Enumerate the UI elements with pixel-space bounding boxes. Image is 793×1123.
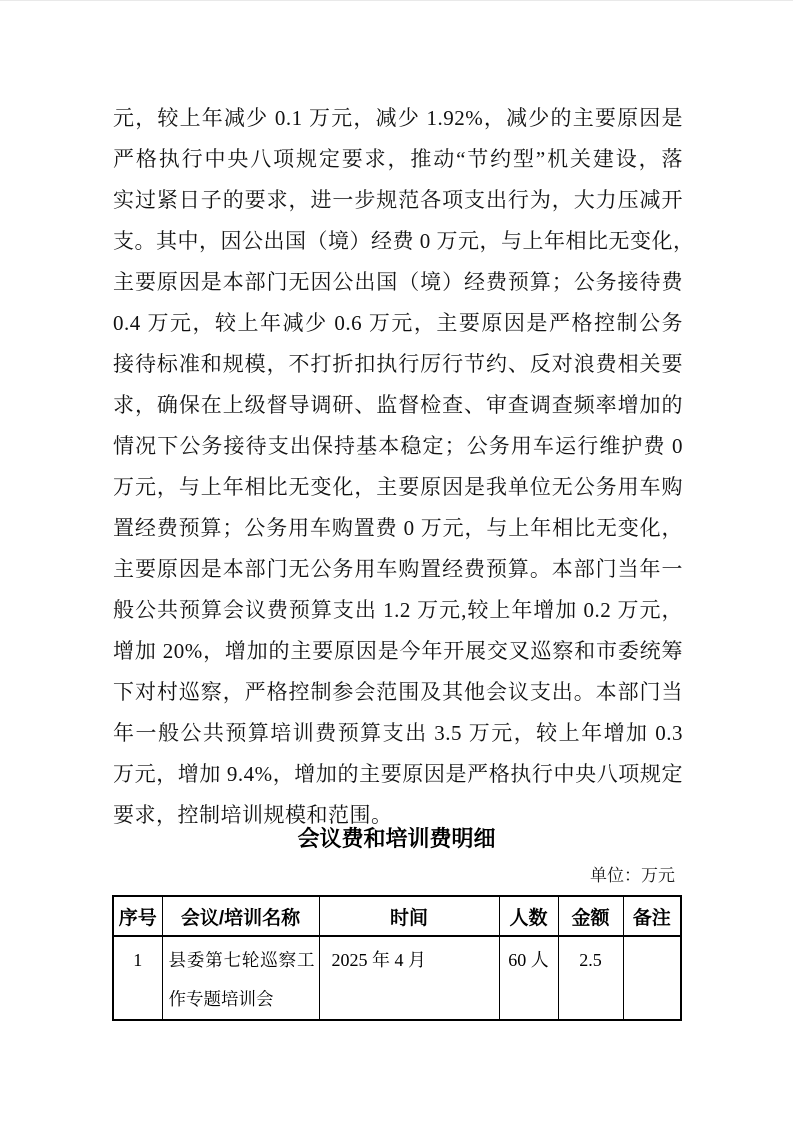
meeting-training-expense-table: 序号 会议/培训名称 时间 人数 金额 备注 1 县委第七轮巡察工作专题培训会 … (112, 895, 682, 1021)
paragraph-line: 年一般公共预算培训费预算支出 3.5 万元，较上年增加 0.3 (113, 713, 683, 754)
column-header-people: 人数 (499, 896, 558, 936)
paragraph-line: 接待标准和规模，不打折扣执行厉行节约、反对浪费相关要 (113, 344, 683, 385)
cell-index: 1 (113, 936, 162, 1020)
paragraph-line: 万元，与上年相比无变化，主要原因是我单位无公务用车购 (113, 467, 683, 508)
column-header-note: 备注 (623, 896, 681, 936)
document-page: 元，较上年减少 0.1 万元，减少 1.92%，减少的主要原因是 严格执行中央八… (0, 0, 793, 1123)
column-header-name: 会议/培训名称 (162, 896, 319, 936)
paragraph-line: 下对村巡察，严格控制参会范围及其他会议支出。本部门当 (113, 672, 683, 713)
column-header-index: 序号 (113, 896, 162, 936)
paragraph-line: 严格执行中央八项规定要求，推动“节约型”机关建设，落 (113, 139, 683, 180)
paragraph-line: 0.4 万元，较上年减少 0.6 万元，主要原因是严格控制公务 (113, 303, 683, 344)
cell-note (623, 936, 681, 1020)
paragraph-line: 元，较上年减少 0.1 万元，减少 1.92%，减少的主要原因是 (113, 98, 683, 139)
section-title: 会议费和培训费明细 (0, 821, 793, 857)
cell-time: 2025 年 4 月 (319, 936, 499, 1020)
cell-name: 县委第七轮巡察工作专题培训会 (162, 936, 319, 1020)
paragraph-line: 求，确保在上级督导调研、监督检查、审查调查频率增加的 (113, 385, 683, 426)
column-header-amount: 金额 (558, 896, 623, 936)
paragraph-line: 主要原因是本部门无公务用车购置经费预算。本部门当年一 (113, 549, 683, 590)
unit-label: 单位：万元 (590, 863, 675, 889)
cell-people: 60 人 (499, 936, 558, 1020)
paragraph-line: 情况下公务接待支出保持基本稳定；公务用车运行维护费 0 (113, 426, 683, 467)
paragraph-line: 般公共预算会议费预算支出 1.2 万元,较上年增加 0.2 万元， (113, 590, 683, 631)
paragraph-line: 主要原因是本部门无因公出国（境）经费预算；公务接待费 (113, 262, 683, 303)
body-paragraph: 元，较上年减少 0.1 万元，减少 1.92%，减少的主要原因是 严格执行中央八… (113, 98, 683, 836)
table-row: 1 县委第七轮巡察工作专题培训会 2025 年 4 月 60 人 2.5 (113, 936, 681, 1020)
paragraph-line: 置经费预算；公务用车购置费 0 万元，与上年相比无变化， (113, 508, 683, 549)
cell-amount: 2.5 (558, 936, 623, 1020)
table-header-row: 序号 会议/培训名称 时间 人数 金额 备注 (113, 896, 681, 936)
column-header-time: 时间 (319, 896, 499, 936)
paragraph-line: 支。其中，因公出国（境）经费 0 万元，与上年相比无变化， (113, 221, 683, 262)
paragraph-line: 万元，增加 9.4%，增加的主要原因是严格执行中央八项规定 (113, 754, 683, 795)
paragraph-line: 增加 20%，增加的主要原因是今年开展交叉巡察和市委统筹 (113, 631, 683, 672)
paragraph-line: 实过紧日子的要求，进一步规范各项支出行为，大力压减开 (113, 180, 683, 221)
